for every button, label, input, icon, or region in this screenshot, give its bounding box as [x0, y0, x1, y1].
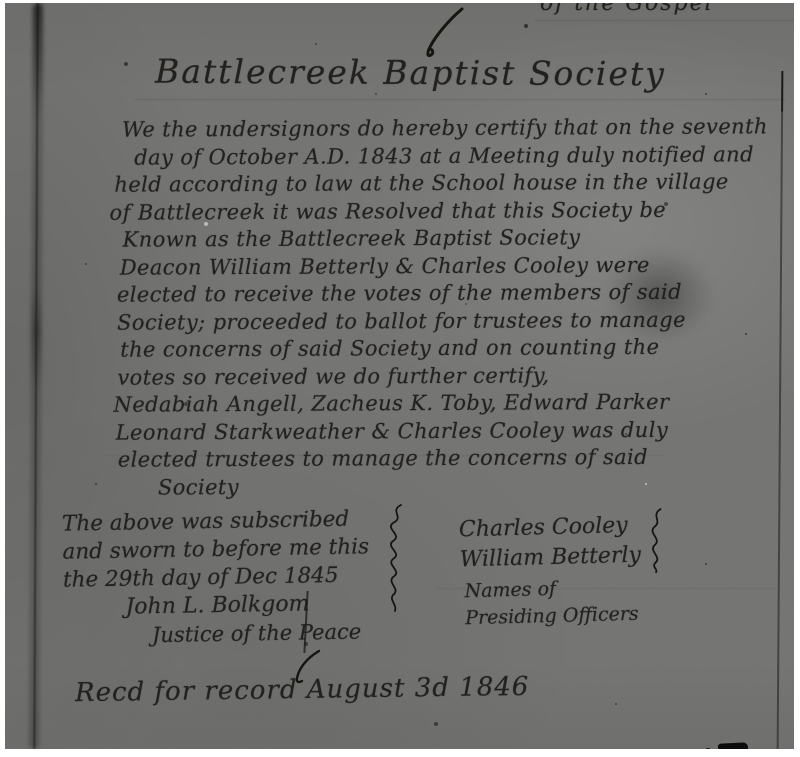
officer-name: Charles Cooley	[459, 511, 641, 546]
header-fragment: of the Gospel	[540, 3, 714, 16]
recording-note: Recd for record August 3d 1846	[75, 672, 530, 708]
page-title: Battlecreek Baptist Society	[155, 52, 666, 94]
ink-specks	[5, 3, 7, 5]
attestation-brace-icon	[383, 503, 409, 613]
scanned-document: of the Gospel Battlecreek Baptist Societ…	[0, 0, 800, 757]
justice-signature: John L. Bolkgom	[125, 589, 370, 621]
body-line: Nedabiah Angell, Zacheus K. Toby, Edward…	[113, 388, 769, 419]
officer-name: William Betterly	[459, 541, 641, 576]
body-line: We the undersignors do hereby certify th…	[122, 113, 768, 144]
ink-blot	[718, 742, 748, 749]
officers-brace-icon	[645, 507, 669, 574]
body-line: Society	[158, 471, 770, 502]
officers-block: Charles Cooley William Betterly Names of…	[458, 504, 794, 633]
officers-label: Presiding Officers	[465, 601, 639, 633]
body-line: Leonard Starkweather & Charles Cooley wa…	[116, 416, 770, 447]
body-line: elected trustees to manage the concerns …	[118, 443, 770, 474]
pen-flourish-icon	[410, 5, 470, 60]
body-line: held according to law at the School hous…	[114, 168, 768, 199]
signature-title: Justice of the Peace	[152, 617, 371, 649]
ruled-line	[535, 20, 794, 21]
ink-blot	[705, 748, 711, 749]
attestation-block: The above was subscribed and sworn to be…	[62, 505, 371, 650]
ink-smudge	[605, 248, 715, 343]
body-line: votes so received we do further certify,	[117, 361, 769, 392]
body-line: of Battlecreek it was Resolved that this…	[109, 196, 768, 227]
ruled-line	[135, 99, 785, 100]
document-page: of the Gospel Battlecreek Baptist Societ…	[5, 3, 794, 749]
body-line: day of October A.D. 1843 at a Meeting du…	[134, 141, 768, 172]
attestation-line: the 29th day of Dec 1845	[63, 561, 370, 594]
